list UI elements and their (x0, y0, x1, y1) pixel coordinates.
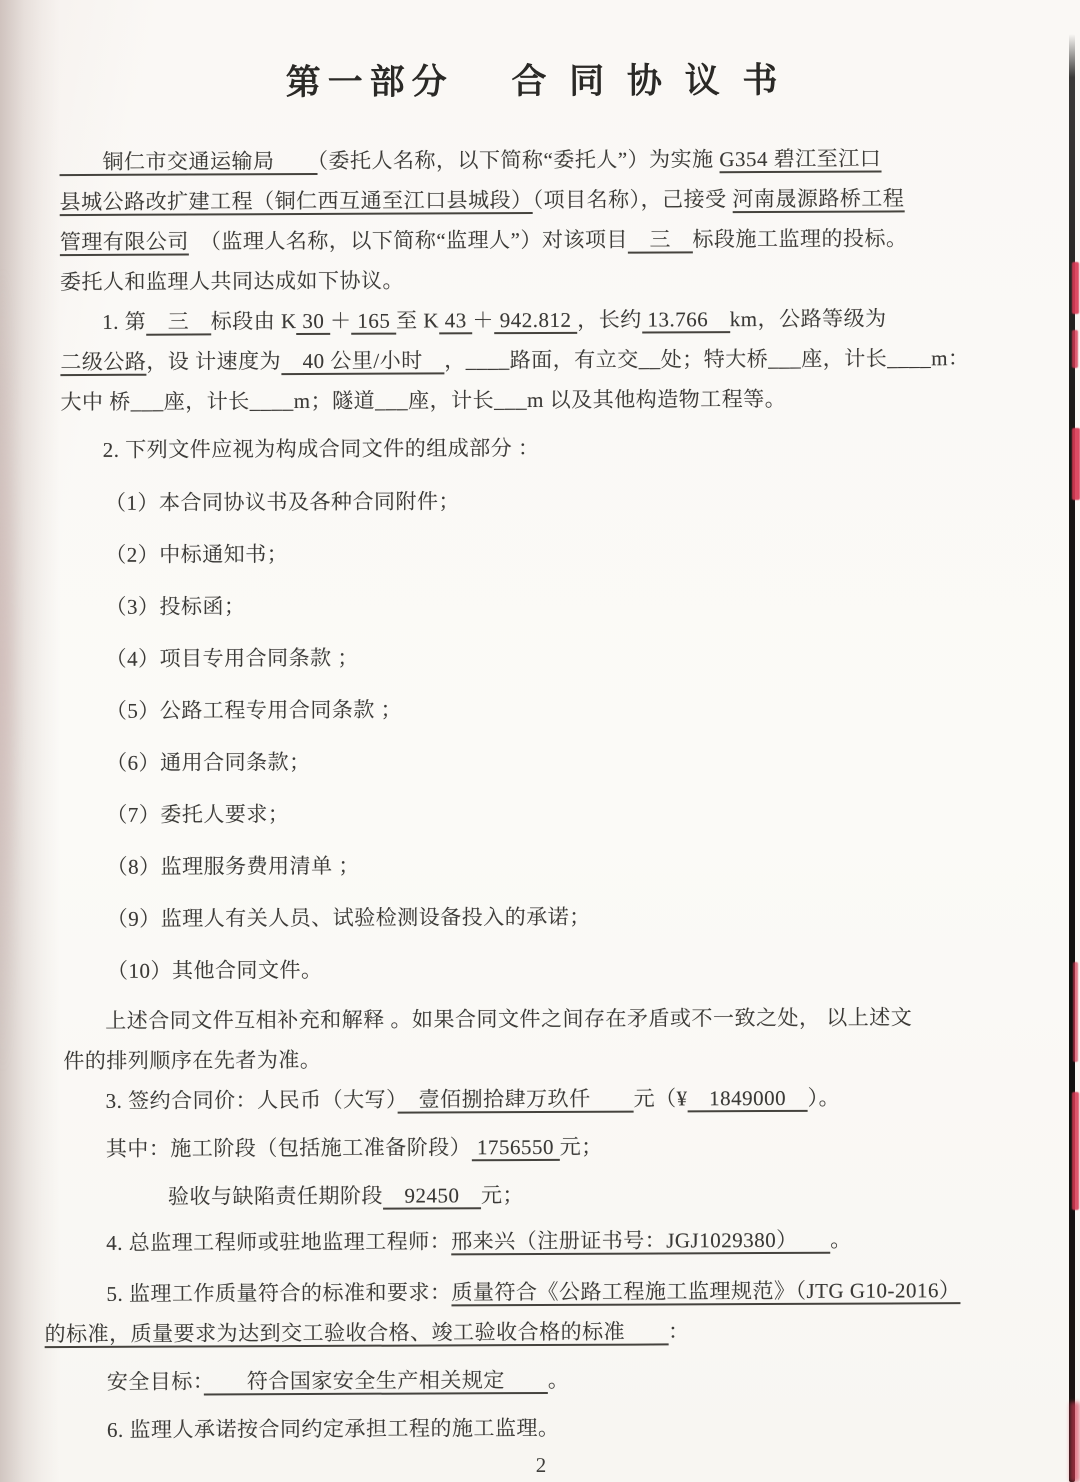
filled-in-field: 43 (439, 308, 473, 334)
text-segment: （1）本合同协议书及各种合同附件； (105, 489, 460, 515)
text-line: 4. 总监理工程师或驻地监理工程师：邢来兴（注册证书号：JGJ1029380） … (64, 1219, 1016, 1263)
filled-in-field: 邢来兴（注册证书号：JGJ1029380） (451, 1228, 830, 1256)
text-segment: （9）监理人有关人员、试验检测设备投入的承诺； (107, 905, 591, 931)
text-line: 6. 监理人承诺按合同约定承担工程的施工监理。 (65, 1406, 1017, 1450)
text-segment: 委托人和监理人共同达成如下协议。 (60, 269, 404, 295)
filled-in-field: 管理有限公司 (60, 230, 189, 257)
filled-in-field: 的标准，质量要求为达到交工验收合格、竣工验收合格的标准 (45, 1319, 669, 1348)
text-segment: （监理人名称，以下简称“监理人”）对该项目 (189, 228, 628, 254)
text-line: 的标准，质量要求为达到交工验收合格、竣工验收合格的标准 ： (45, 1310, 1017, 1354)
text-line: 上述合同文件互相补充和解释 。如果合同文件之间存在矛盾或不一致之处， 以上述文 (63, 997, 1015, 1041)
text-segment: （2）中标通知书； (105, 542, 288, 567)
text-line: （2）中标通知书； (105, 525, 1013, 581)
clause-2-heading: 2. 下列文件应视为构成合同文件的组成部分 ： (61, 426, 1013, 470)
text-segment: 元； (481, 1183, 524, 1207)
clause-3-price-breakdown: 其中：施工阶段（包括施工准备阶段） 1756550 元；验收与缺陷责任期阶段 9… (64, 1125, 1016, 1217)
text-segment: （3）投标函； (105, 594, 245, 619)
clause-1-scope: 1. 第 三 标段由 K 30 ＋ 165 至 K 43 ＋ 942.812 ，… (60, 298, 1013, 422)
text-segment: ＋ (472, 308, 494, 332)
filled-in-field: 165 (352, 309, 397, 335)
scanned-contract-page: 第一部分 合 同 协 议 书 铜仁市交通运输局 （委托人名称，以下简称“委托人”… (0, 0, 1080, 1482)
text-segment: ： (668, 1319, 690, 1343)
text-segment: 上述合同文件互相补充和解释 。如果合同文件之间存在矛盾或不一致之处， 以上述文 (105, 1005, 912, 1033)
text-segment: ，____路面，有立交__处；特大桥___座，计长____m： (444, 346, 969, 372)
scan-right-edge-line (1069, 34, 1075, 1482)
text-segment: （委托人名称，以下简称“委托人”）为实施 (317, 147, 719, 173)
contract-file-list: （1）本合同协议书及各种合同附件；（2）中标通知书；（3）投标函；（4）项目专用… (61, 473, 1015, 997)
text-segment: 4. 总监理工程师或驻地监理工程师： (106, 1229, 451, 1255)
document-content: 第一部分 合 同 协 议 书 铜仁市交通运输局 （委托人名称，以下简称“委托人”… (59, 0, 1017, 1480)
red-stamp-artifact (1072, 330, 1078, 368)
filled-in-field: 40 公里/小时 (281, 348, 444, 375)
text-line: （3）投标函； (105, 577, 1013, 633)
text-segment: （项目名称），己接受 (533, 187, 733, 212)
text-line: 县城公路改扩建工程（铜仁西互通至江口县城段）（项目名称），己接受 河南晟源路桥工… (60, 178, 1012, 222)
text-line: （4）项目专用合同条款 ； (106, 629, 1014, 685)
filled-in-field: 1849000 (688, 1086, 808, 1113)
text-segment: 3. 签约合同价：人民币（大写） (106, 1088, 398, 1113)
text-segment: 安全目标： (107, 1369, 204, 1393)
red-stamp-artifact (1070, 1402, 1080, 1482)
text-segment: 验收与缺陷责任期阶段 (168, 1184, 383, 1209)
filled-in-field: 河南晟源路桥工程 (732, 186, 904, 213)
filled-in-field: 92450 (383, 1183, 481, 1209)
text-line: 验收与缺陷责任期阶段 92450 元； (64, 1173, 1016, 1217)
text-segment: （8）监理服务费用清单 ； (107, 854, 360, 879)
text-segment: 2. 下列文件应视为构成合同文件的组成部分 ： (103, 436, 540, 462)
text-segment: （5）公路工程专用合同条款 ； (106, 698, 402, 723)
text-segment: 元（¥ (634, 1086, 688, 1110)
text-segment: 件的排列顺序在先者为准。 (63, 1048, 321, 1073)
text-segment: 6. 监理人承诺按合同约定承担工程的施工监理。 (107, 1416, 560, 1442)
clause-3-contract-price: 3. 签约合同价：人民币（大写） 壹佰捌拾肆万玖仟 元（¥ 1849000 ）。 (63, 1077, 1015, 1121)
filled-in-field: G354 碧江至江口 (719, 146, 881, 173)
text-segment: ，设 计速度为 (146, 349, 281, 374)
text-segment: 5. 监理工作质量符合的标准和要求： (106, 1280, 451, 1306)
text-line: 5. 监理工作质量符合的标准和要求：质量符合《公路工程施工监理规范》（JTG G… (64, 1270, 1016, 1314)
filled-in-field: 942.812 (494, 308, 577, 334)
text-line: 管理有限公司 （监理人名称，以下简称“监理人”）对该项目 三 标段施工监理的投标… (60, 218, 1012, 262)
text-line: （8）监理服务费用清单 ； (106, 837, 1014, 893)
text-segment: （7）委托人要求； (106, 802, 289, 827)
text-line: 铜仁市交通运输局 （委托人名称，以下简称“委托人”）为实施 G354 碧江至江口 (59, 138, 1011, 182)
text-segment: （10）其他合同文件。 (107, 958, 323, 983)
text-line: 3. 签约合同价：人民币（大写） 壹佰捌拾肆万玖仟 元（¥ 1849000 ）。 (63, 1077, 1015, 1121)
text-segment: 。 (548, 1368, 570, 1392)
red-stamp-artifact (1073, 962, 1078, 1062)
red-stamp-artifact (1072, 1092, 1079, 1210)
text-segment: 1. 第 (102, 310, 146, 334)
filled-in-field: 三 (628, 227, 693, 253)
scan-smudge (0, 260, 20, 1080)
text-segment: （6）通用合同条款； (106, 750, 311, 775)
filled-in-field: 1756550 (471, 1135, 560, 1161)
page-number: 2 (65, 1451, 1017, 1480)
text-line: （5）公路工程专用合同条款 ； (106, 681, 1014, 737)
text-segment: ，长约 (577, 308, 642, 332)
red-stamp-artifact (1072, 262, 1079, 314)
text-line: 1. 第 三 标段由 K 30 ＋ 165 至 K 43 ＋ 942.812 ，… (60, 298, 1012, 342)
text-line: 大中 桥___座，计长____m；隧道___座，计长___m 以及其他构造物工程… (60, 378, 1012, 422)
filled-in-field: 质量符合《公路工程施工监理规范》（JTG G10-2016） (451, 1278, 960, 1306)
text-segment: km，公路等级为 (730, 306, 887, 331)
text-line: （1）本合同协议书及各种合同附件； (105, 473, 1013, 529)
text-line: （7）委托人要求； (106, 785, 1014, 841)
text-segment: 标段由 K (211, 309, 297, 333)
filled-in-field: 三 (146, 309, 211, 335)
clause-4-chief-engineer: 4. 总监理工程师或驻地监理工程师：邢来兴（注册证书号：JGJ1029380） … (64, 1219, 1016, 1263)
text-line: 2. 下列文件应视为构成合同文件的组成部分 ： (61, 426, 1013, 470)
text-segment: 元； (560, 1135, 603, 1159)
filled-in-field: 30 (297, 309, 331, 335)
text-line: 安全目标： 符合国家安全生产相关规定 。 (65, 1358, 1017, 1402)
text-line: （6）通用合同条款； (106, 733, 1014, 789)
document-title: 第一部分 合 同 协 议 书 (59, 52, 1011, 106)
text-line: 件的排列顺序在先者为准。 (63, 1037, 1015, 1081)
filled-in-field: 二级公路 (60, 350, 146, 376)
intro-paragraph: 铜仁市交通运输局 （委托人名称，以下简称“委托人”）为实施 G354 碧江至江口… (59, 138, 1012, 302)
text-line: 委托人和监理人共同达成如下协议。 (60, 258, 1012, 302)
text-segment: ）。 (808, 1086, 841, 1110)
text-segment: 大中 桥___座，计长____m；隧道___座，计长___m 以及其他构造物工程… (60, 387, 786, 414)
filled-in-field: 13.766 (642, 307, 730, 333)
filled-in-field: 铜仁市交通运输局 (59, 149, 317, 176)
filled-in-field: 县城公路改扩建工程（铜仁西互通至江口县城段） (60, 188, 533, 216)
text-segment: （4）项目专用合同条款 ； (106, 646, 359, 671)
text-line: （9）监理人有关人员、试验检测设备投入的承诺； (107, 889, 1015, 945)
text-line: 其中：施工阶段（包括施工准备阶段） 1756550 元； (64, 1125, 1016, 1169)
filled-in-field: 符合国家安全生产相关规定 (204, 1368, 548, 1396)
priority-paragraph: 上述合同文件互相补充和解释 。如果合同文件之间存在矛盾或不一致之处， 以上述文件… (63, 997, 1015, 1081)
red-stamp-artifact (1072, 428, 1080, 500)
text-line: （10）其他合同文件。 (107, 941, 1015, 997)
safety-target: 安全目标： 符合国家安全生产相关规定 。 (65, 1358, 1017, 1402)
text-segment: 标段施工监理的投标。 (692, 226, 907, 251)
text-segment: 至 K (396, 308, 439, 332)
text-line: 二级公路，设 计速度为 40 公里/小时 ，____路面，有立交__处；特大桥_… (60, 338, 1012, 382)
text-segment: 。 (830, 1228, 852, 1252)
filled-in-field: 壹佰捌拾肆万玖仟 (397, 1087, 634, 1114)
clause-6-commitment: 6. 监理人承诺按合同约定承担工程的施工监理。 (65, 1406, 1017, 1450)
clause-5-quality-standard: 5. 监理工作质量符合的标准和要求：质量符合《公路工程施工监理规范》（JTG G… (64, 1270, 1016, 1354)
text-segment: 其中：施工阶段（包括施工准备阶段） (106, 1135, 472, 1161)
text-segment: ＋ (330, 309, 352, 333)
